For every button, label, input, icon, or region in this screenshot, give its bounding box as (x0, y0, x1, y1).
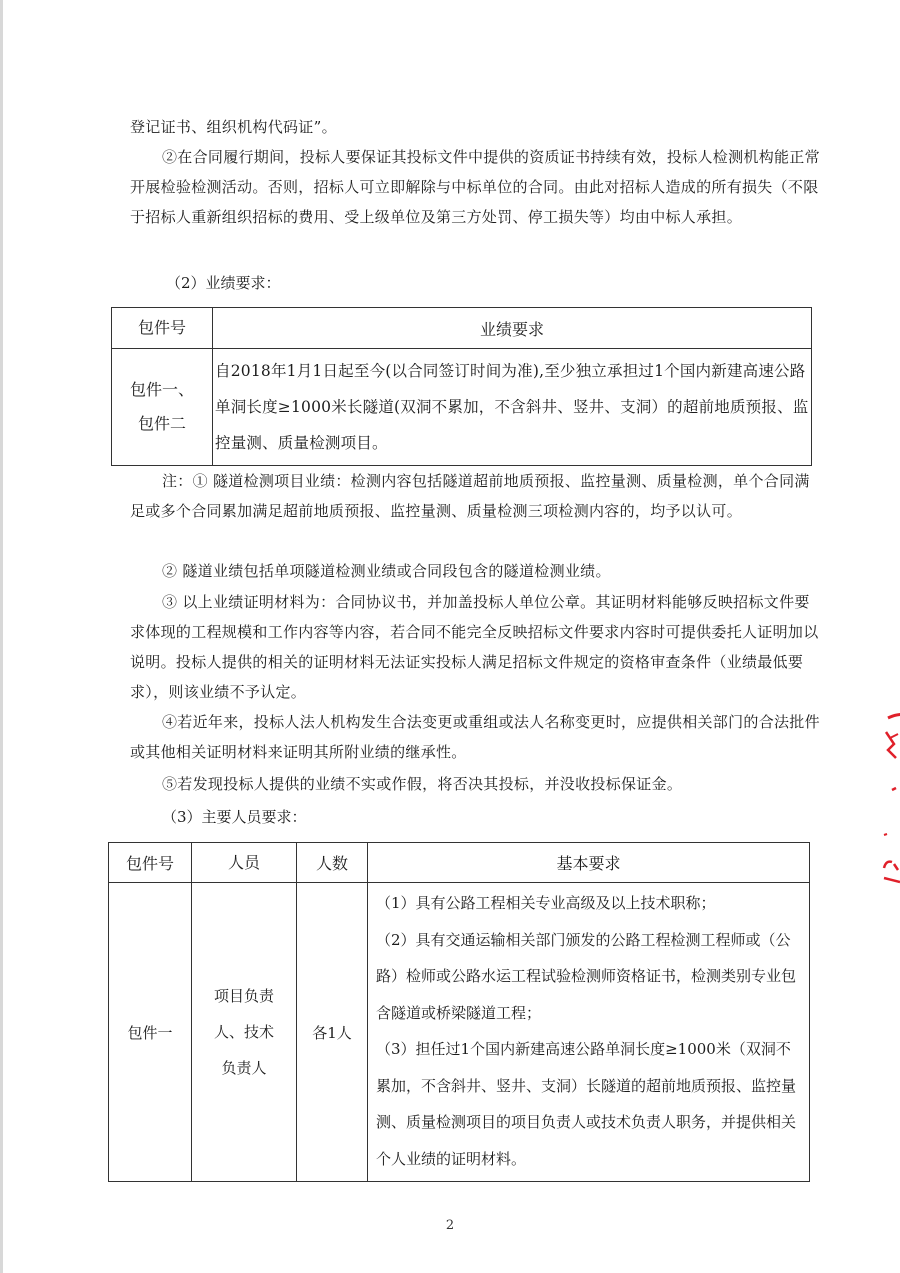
personnel-requirements-table: 包件号 人员 人数 基本要求 包件一 项目负责人、技术负责人 各1人 （1）具有… (108, 842, 810, 1182)
note-5: ⑤若发现投标人提供的业绩不实或作假，将否决其投标，并没收投标保证金。 (130, 769, 820, 799)
paragraph-contract-validity: ②在合同履行期间，投标人要保证其投标文件中提供的资质证书持续有效，投标人检测机构… (130, 142, 820, 232)
table-header-row: 包件号 业绩要求 (112, 308, 812, 349)
header-package: 包件号 (109, 843, 192, 883)
requirement-2: （2）具有交通运输相关部门颁发的公路工程检测工程师或（公路）检师或公路水运工程试… (376, 922, 803, 1032)
cell-count: 各1人 (297, 883, 368, 1182)
page-left-edge (0, 0, 3, 1273)
performance-requirements-table: 包件号 业绩要求 包件一、包件二 自2018年1月1日起至今(以合同签订时间为准… (111, 307, 812, 466)
table-row: 包件一、包件二 自2018年1月1日起至今(以合同签订时间为准),至少独立承担过… (112, 349, 812, 466)
note-3: ③ 以上业绩证明材料为：合同协议书，并加盖投标人单位公章。其证明材料能够反映招标… (130, 587, 820, 707)
page-number: 2 (0, 1218, 900, 1233)
section-heading-personnel: （3）主要人员要求： (162, 802, 307, 832)
requirement-1: （1）具有公路工程相关专业高级及以上技术职称； (376, 885, 803, 922)
table-header-row: 包件号 人员 人数 基本要求 (109, 843, 810, 883)
cell-personnel: 项目负责人、技术负责人 (192, 883, 297, 1182)
section-heading-performance: （2）业绩要求： (166, 268, 281, 298)
header-package: 包件号 (112, 308, 213, 349)
paragraph-cert-end: 登记证书、组织机构代码证”。 (130, 112, 820, 142)
note-1: 注：① 隧道检测项目业绩：检测内容包括隧道超前地质预报、监控量测、质量检测，单个… (130, 466, 820, 526)
cell-requirement: 自2018年1月1日起至今(以合同签订时间为准),至少独立承担过1个国内新建高速… (213, 349, 812, 466)
red-seal-stamp-icon (880, 710, 900, 890)
note-2: ② 隧道业绩包括单项隧道检测业绩或合同段包含的隧道检测业绩。 (130, 556, 820, 586)
header-performance: 业绩要求 (213, 308, 812, 349)
header-personnel: 人员 (192, 843, 297, 883)
cell-package: 包件一 (109, 883, 192, 1182)
cell-requirements: （1）具有公路工程相关专业高级及以上技术职称； （2）具有交通运输相关部门颁发的… (368, 883, 810, 1182)
table-row: 包件一 项目负责人、技术负责人 各1人 （1）具有公路工程相关专业高级及以上技术… (109, 883, 810, 1182)
cell-package: 包件一、包件二 (112, 349, 213, 466)
header-count: 人数 (297, 843, 368, 883)
requirement-3: （3）担任过1个国内新建高速公路单洞长度≥1000米（双洞不累加，不含斜井、竖井… (376, 1031, 803, 1177)
header-basic-requirements: 基本要求 (368, 843, 810, 883)
note-4: ④若近年来，投标人法人机构发生合法变更或重组或法人名称变更时，应提供相关部门的合… (130, 707, 820, 767)
